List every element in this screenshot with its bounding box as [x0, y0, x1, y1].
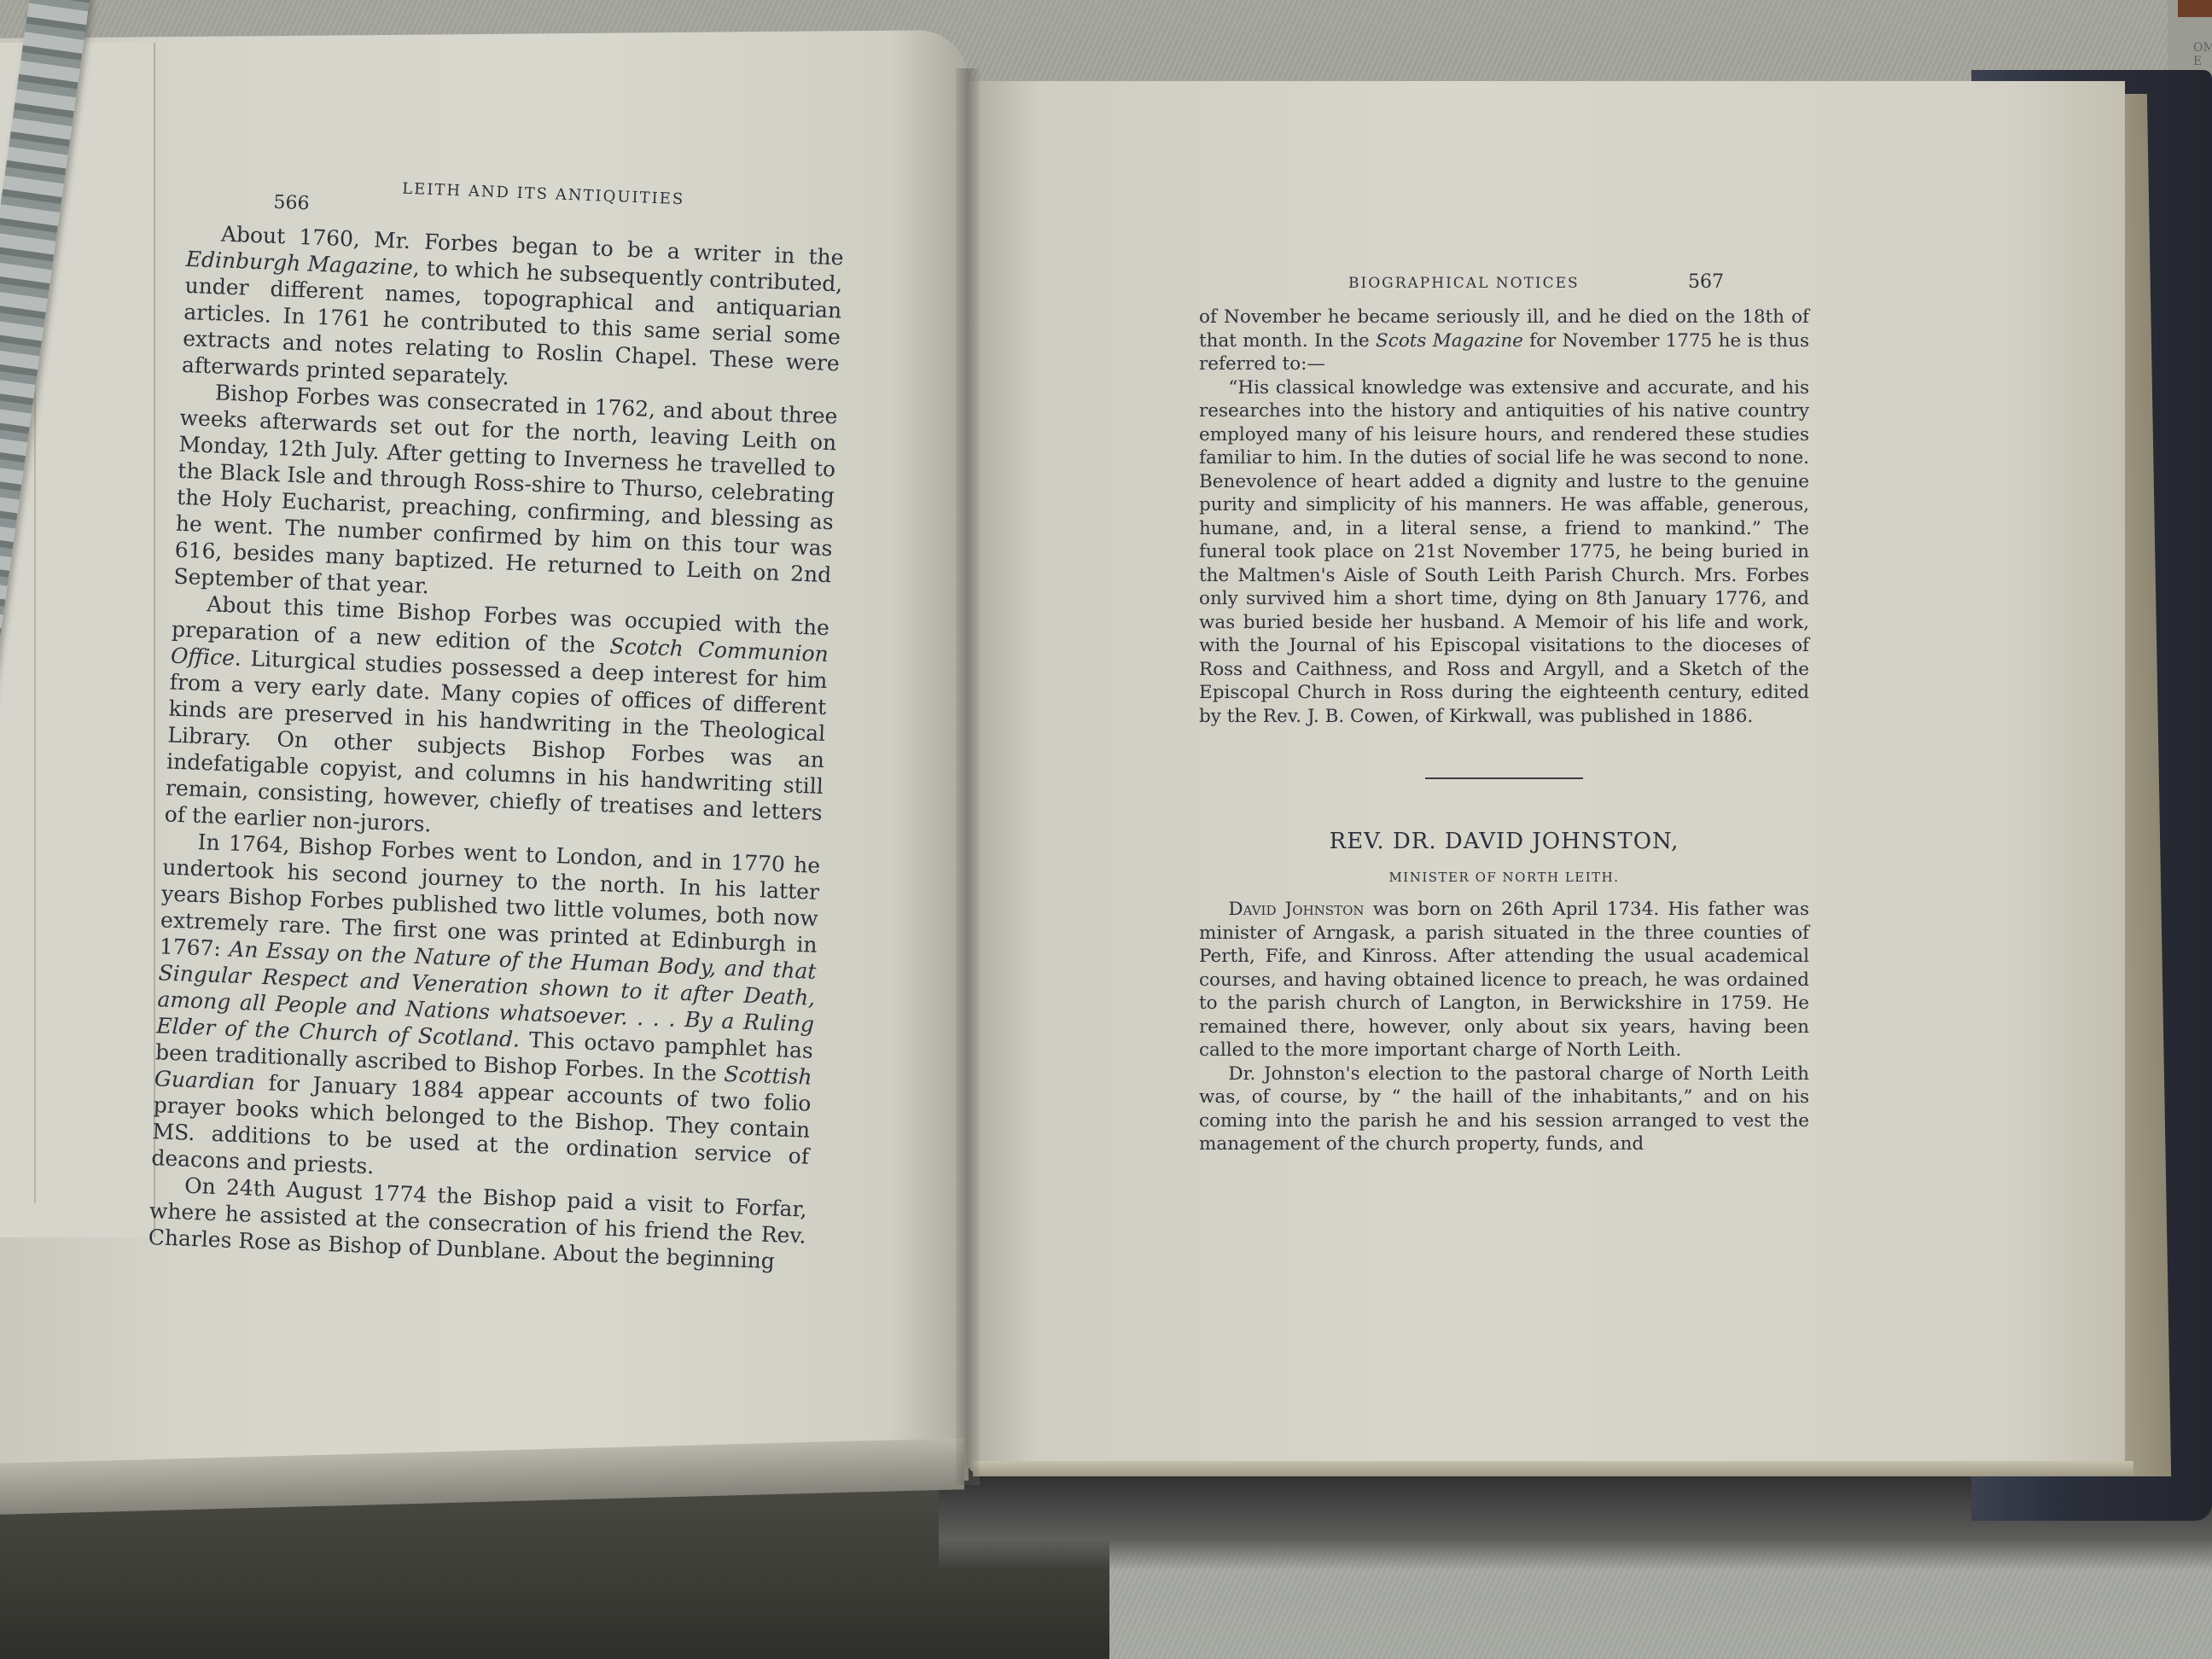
italic-title: Scots Magazine	[1376, 330, 1523, 352]
right-page-bottom-edge	[973, 1461, 2133, 1476]
section-paragraph-2: Dr. Johnston's election to the pastoral …	[1199, 1062, 1809, 1156]
left-page-number: 566	[273, 189, 310, 218]
left-paragraph: About this time Bishop Forbes was occupi…	[164, 590, 829, 853]
text-segment: Bishop Forbes was consecrated in 1762, a…	[173, 380, 838, 598]
lead-name: David Johnston	[1228, 899, 1364, 920]
left-paragraphs: About 1760, Mr. Forbes began to be a wri…	[148, 219, 844, 1276]
section-paragraph-1-text: was born on 26th April 1734. His father …	[1199, 899, 1809, 1061]
left-paragraph: In 1764, Bishop Forbes went to London, a…	[151, 827, 821, 1196]
left-page-text: 566 LEITH AND ITS ANTIQUITIES About 1760…	[148, 167, 846, 1276]
text-segment: . Liturgical studies possessed a deep in…	[164, 645, 828, 836]
right-page-text: of November he became seriously ill, and…	[1199, 306, 1809, 1156]
right-running-title: BIOGRAPHICAL NOTICES	[1348, 275, 1580, 292]
book-gutter	[956, 68, 980, 1485]
right-running-head: BIOGRAPHICAL NOTICES 567	[1348, 271, 1724, 293]
section-heading: REV. DR. DAVID JOHNSTON,	[1199, 830, 1809, 854]
text-segment: , to which he subsequently contributed, …	[182, 255, 843, 389]
section-paragraph-1: David Johnston was born on 26th April 17…	[1199, 898, 1809, 1062]
right-page-number: 567	[1688, 271, 1724, 293]
left-paragraph: About 1760, Mr. Forbes began to be a wri…	[182, 219, 845, 403]
background-book-spine-strip	[2178, 0, 2212, 17]
section-divider	[1425, 777, 1583, 779]
continuation-paragraph: of November he became seriously ill, and…	[1199, 306, 1809, 376]
quote-paragraph: “His classical knowledge was extensive a…	[1199, 376, 1809, 729]
section-subheading: MINISTER OF NORTH LEITH.	[1199, 866, 1809, 890]
background-book-small-text: OM E	[2193, 41, 2212, 68]
left-paragraph: Bishop Forbes was consecrated in 1762, a…	[173, 378, 838, 614]
